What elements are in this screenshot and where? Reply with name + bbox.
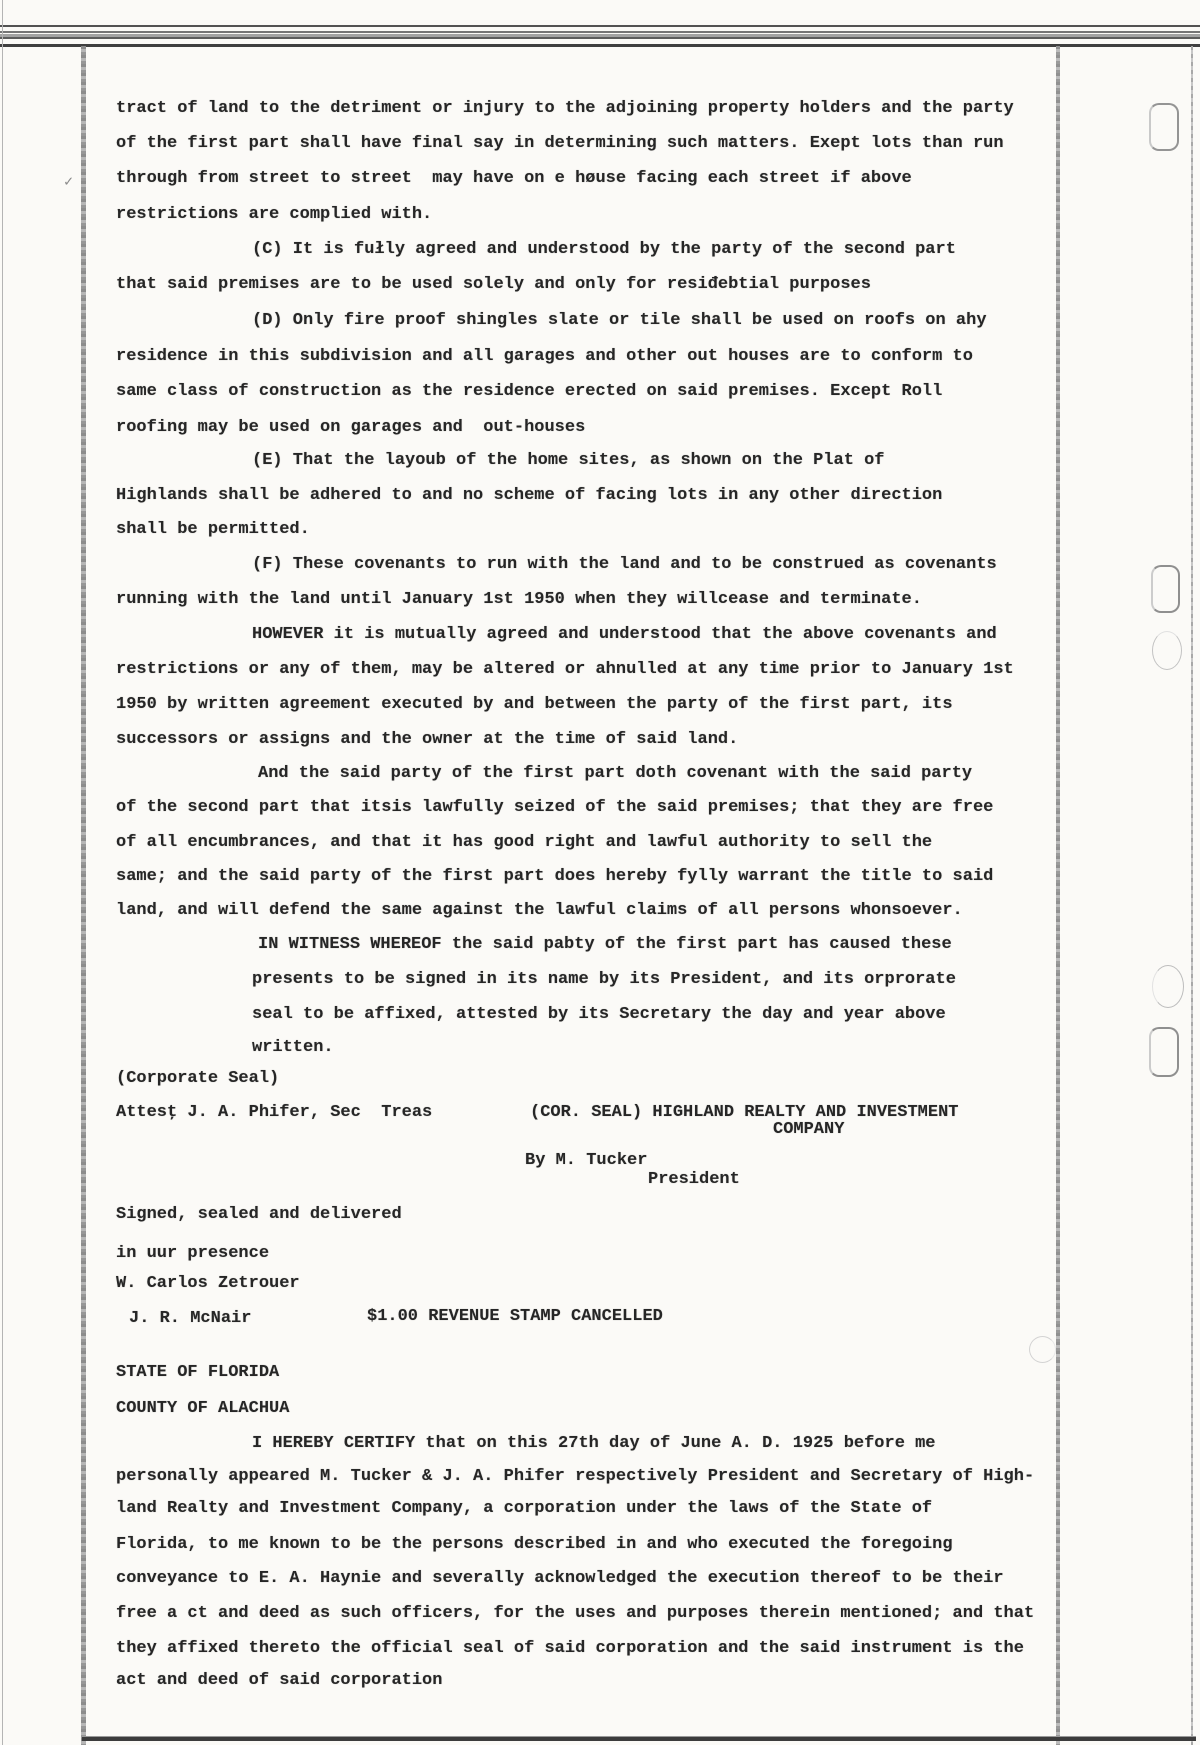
text-line: written. <box>252 1039 334 1056</box>
top-rule-line <box>0 37 1200 39</box>
text-line: President <box>648 1171 740 1188</box>
text-line: COMPANY <box>773 1121 844 1138</box>
text-line: of the first part shall have final say i… <box>116 135 1004 152</box>
text-line: 1950 by written agreement executed by an… <box>116 696 953 713</box>
text-line: they affixed thereto the official seal o… <box>116 1640 1024 1657</box>
punch-hole-mark <box>1149 1027 1179 1077</box>
text-line: (D) Only fire proof shingles slate or ti… <box>252 312 987 329</box>
text-line: W. Carlos Zetrouer <box>116 1275 300 1292</box>
punch-hole-mark <box>1152 631 1182 670</box>
bottom-rule-line <box>82 1737 1196 1741</box>
text-line: J. R. McNair <box>129 1310 251 1327</box>
text-line: that said premises are to be used solely… <box>116 276 871 293</box>
text-line: running with the land until January 1st … <box>116 591 922 608</box>
scanned-deed-page: ✓ tract of land to the detriment or inju… <box>0 0 1200 1745</box>
punch-hole-mark <box>1152 965 1184 1008</box>
margin-checkmark: ✓ <box>64 172 73 191</box>
text-line: (C) It is fułly agreed and understood by… <box>252 241 956 258</box>
text-line: Attesţ J. A. Phifer, Sec Treas <box>116 1104 432 1121</box>
text-line: STATE OF FLORIDA <box>116 1364 279 1381</box>
top-rule-line <box>0 44 1200 47</box>
text-line: through from street to street may have o… <box>116 170 912 187</box>
text-line: By M. Tucker <box>525 1152 647 1169</box>
text-line: I HEREBY CERTIFY that on this 27th day o… <box>252 1435 936 1452</box>
punch-hole-mark <box>1029 1336 1056 1363</box>
text-line: roofing may be used on garages and out-h… <box>116 419 585 436</box>
text-line: restrictions are complied with. <box>116 206 432 223</box>
text-line: residence in this subdivision and all ga… <box>116 348 973 365</box>
text-line: COUNTY OF ALACHUA <box>116 1400 289 1417</box>
text-line: of all encumbrances, and that it has goo… <box>116 834 932 851</box>
text-line: IN WITNESS WHEREOF the said pabty of the… <box>258 936 952 953</box>
text-line: presents to be signed in its name by its… <box>252 971 956 988</box>
text-line: (E) That the layoub of the home sites, a… <box>252 452 885 469</box>
text-line: of the second part that itsis lawfully s… <box>116 799 993 816</box>
page-border-left <box>81 46 86 1745</box>
text-line: conveyance to E. A. Haynie and severally… <box>116 1570 1004 1587</box>
margin-right-line <box>1191 46 1193 1745</box>
punch-hole-mark <box>1151 565 1180 613</box>
text-line: same class of construction as the reside… <box>116 383 942 400</box>
text-line: tract of land to the detriment or injury… <box>116 100 1014 117</box>
text-line: same; and the said party of the first pa… <box>116 868 993 885</box>
text-line: personally appeared M. Tucker & J. A. Ph… <box>116 1468 1034 1485</box>
text-line: (F) These covenants to run with the land… <box>252 556 997 573</box>
punch-hole-mark <box>1149 103 1179 151</box>
text-line: And the said party of the first part dot… <box>258 765 972 782</box>
text-line: restrictions or any of them, may be alte… <box>116 661 1014 678</box>
text-line: seal to be affixed, attested by its Secr… <box>252 1006 946 1023</box>
scan-left-edge-line <box>2 0 3 1745</box>
text-line: act and deed of said corporation <box>116 1672 442 1689</box>
page-border-right <box>1056 46 1060 1745</box>
text-line: in uur presence <box>116 1245 269 1262</box>
text-line: Florida, to me known to be the persons d… <box>116 1536 953 1553</box>
text-line: shall be permitted. <box>116 521 310 538</box>
text-line: (Corporate Seal) <box>116 1070 279 1087</box>
text-line: Signed, sealed and delivered <box>116 1206 402 1223</box>
text-line: free a ct and deed as such officers, for… <box>116 1605 1034 1622</box>
text-line: (COR. SEAL) HIGHLAND REALTY AND INVESTME… <box>530 1104 958 1121</box>
text-line: Highlands shall be adhered to and no sch… <box>116 487 942 504</box>
text-line: HOWEVER it is mutually agreed and unders… <box>252 626 997 643</box>
top-rule-line <box>0 25 1200 27</box>
top-rule-line <box>0 31 1200 33</box>
text-line: $1.00 REVENUE STAMP CANCELLED <box>367 1308 663 1325</box>
text-line: land Realty and Investment Company, a co… <box>116 1500 932 1517</box>
text-line: successors or assigns and the owner at t… <box>116 731 738 748</box>
text-line: land, and will defend the same against t… <box>116 902 963 919</box>
